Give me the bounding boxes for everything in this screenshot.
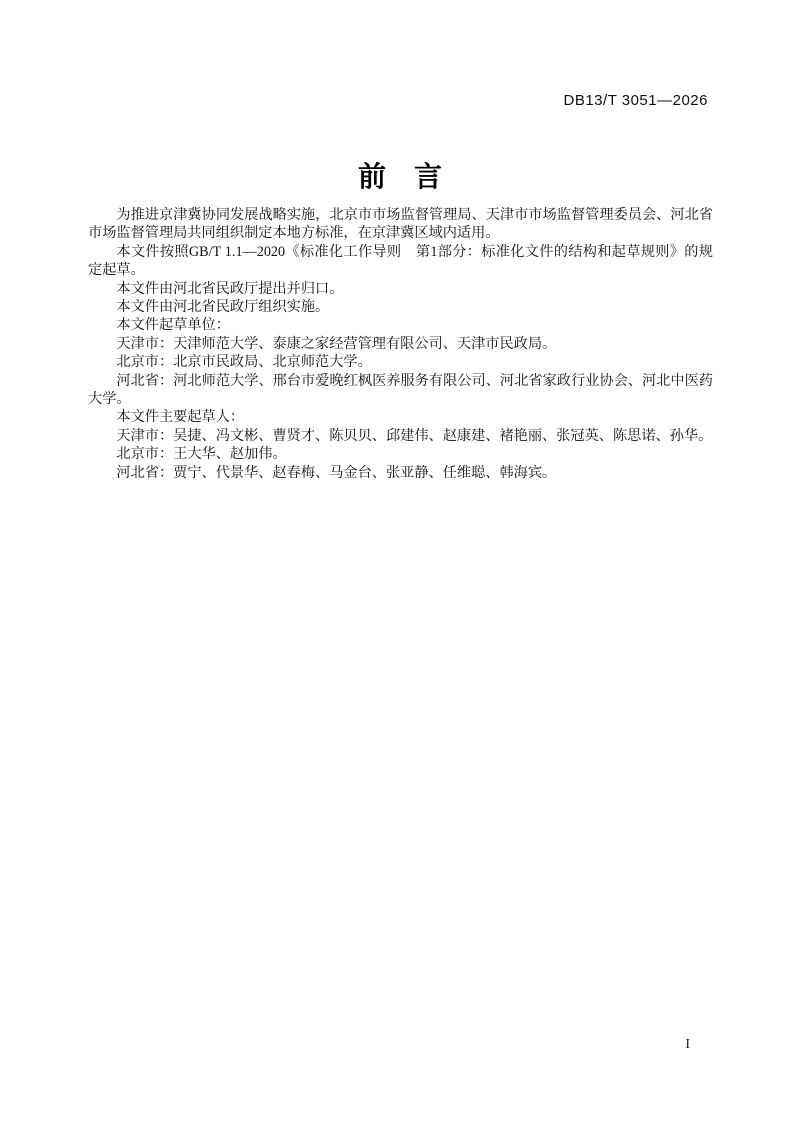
paragraph: 北京市：王大华、赵加伟。 [88,445,713,463]
paragraph: 本文件按照GB/T 1.1—2020《标准化工作导则 第1部分：标准化文件的结构… [88,243,713,280]
paragraph: 河北省：河北师范大学、邢台市爱晚红枫医养服务有限公司、河北省家政行业协会、河北中… [88,372,713,409]
paragraph: 北京市：北京市民政局、北京师范大学。 [88,353,713,371]
paragraph: 本文件主要起草人： [88,408,713,426]
document-page: DB13/T 3051—2026 前 言 为推进京津冀协同发展战略实施，北京市市… [0,0,800,1132]
foreword-title: 前 言 [0,155,800,195]
paragraph: 为推进京津冀协同发展战略实施，北京市市场监督管理局、天津市市场监督管理委员会、河… [88,206,713,243]
standard-doc-number: DB13/T 3051—2026 [564,92,709,109]
paragraph: 河北省：贾宁、代景华、赵春梅、马金台、张亚静、任维聪、韩海宾。 [88,464,713,482]
paragraph: 本文件由河北省民政厅组织实施。 [88,298,713,316]
paragraph: 天津市：天津师范大学、泰康之家经营管理有限公司、天津市民政局。 [88,335,713,353]
paragraph: 本文件由河北省民政厅提出并归口。 [88,280,713,298]
foreword-body: 为推进京津冀协同发展战略实施，北京市市场监督管理局、天津市市场监督管理委员会、河… [88,206,713,482]
page-number: I [685,1037,690,1053]
paragraph: 本文件起草单位： [88,316,713,334]
paragraph: 天津市：吴捷、冯文彬、曹贤才、陈贝贝、邱建伟、赵康建、褚艳丽、张冠英、陈思诺、孙… [88,427,713,445]
